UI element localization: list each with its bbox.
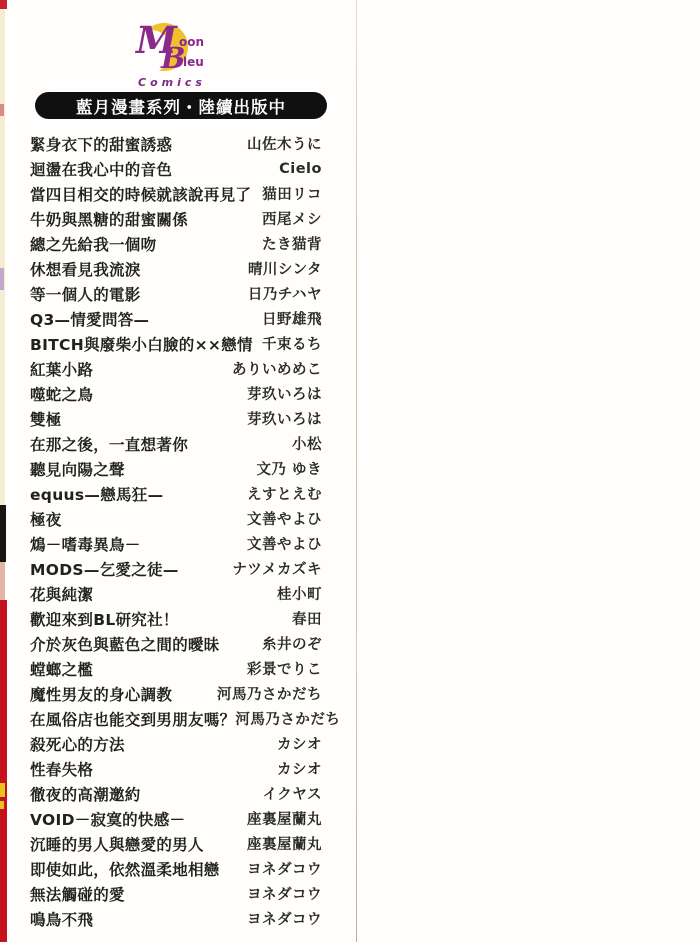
catalog-row: 沉睡的男人與戀愛的男人 座裏屋蘭丸 xyxy=(30,831,322,856)
book-title: 螳螂之檻 xyxy=(30,658,93,680)
book-title: 徹夜的高潮邀約 xyxy=(30,783,141,805)
book-author: 座裏屋蘭丸 xyxy=(247,833,322,854)
book-title: 極夜 xyxy=(30,508,62,530)
book-title: 噬蛇之鳥 xyxy=(30,383,93,405)
book-author: ヨネダコウ xyxy=(247,908,322,929)
book-title: 歡迎來到BL研究社！ xyxy=(30,608,179,630)
catalog-row: 魔性男友的身心調教 河馬乃さかだち xyxy=(30,681,322,706)
book-author: 西尾メシ xyxy=(262,208,322,229)
book-title: Q3—情愛問答— xyxy=(30,308,149,330)
catalog-row: 極夜 文善やよひ xyxy=(30,506,322,531)
book-author: 晴川シンタ xyxy=(248,258,322,279)
page-edge-speck xyxy=(0,268,4,290)
book-author: えすとえむ xyxy=(247,483,322,504)
book-title: 性春失格 xyxy=(30,758,93,780)
book-title: 魔性男友的身心調教 xyxy=(30,683,172,705)
catalog-row: VOID－寂寞的快感－ 座裏屋蘭丸 xyxy=(30,806,322,831)
book-title: 緊身衣下的甜蜜誘惑 xyxy=(30,133,172,155)
book-author: 日野雄飛 xyxy=(262,308,322,329)
book-title: 花與純潔 xyxy=(30,583,93,605)
book-author: 小松 xyxy=(292,433,322,454)
book-author: Cielo xyxy=(279,161,322,177)
catalog-row: 休想看見我流淚 晴川シンタ xyxy=(30,256,322,281)
page-edge-speck xyxy=(0,104,4,116)
book-author: 文乃 ゆき xyxy=(256,458,322,479)
page-edge-red-top xyxy=(0,0,7,9)
book-author: ありいめめこ xyxy=(232,358,322,379)
book-author: 文善やよひ xyxy=(247,533,322,554)
book-title: 當四目相交的時候就該說再見了 xyxy=(30,183,251,205)
book-title: VOID－寂寞的快感－ xyxy=(30,808,185,830)
catalog-row: 迴盪在我心中的音色 Cielo xyxy=(30,156,322,181)
page-fold-line xyxy=(356,0,357,942)
catalog-row: 牛奶與黑糖的甜蜜關係 西尾メシ xyxy=(30,206,322,231)
book-author: カシオ xyxy=(277,758,322,779)
book-title: 雙極 xyxy=(30,408,62,430)
book-author: イクヤス xyxy=(263,783,322,804)
logo-text-comics: Comics xyxy=(138,76,228,89)
logo-text-leu: leu xyxy=(183,55,204,69)
catalog-row: 在那之後，一直想著你 小松 xyxy=(30,431,322,456)
catalog-row: 介於灰色與藍色之間的曖昧 糸井のぞ xyxy=(30,631,322,656)
book-author: 文善やよひ xyxy=(247,508,322,529)
book-title: 迴盪在我心中的音色 xyxy=(30,158,172,180)
catalog-row: 螳螂之檻 彩景でりこ xyxy=(30,656,322,681)
catalog-row: 紅葉小路 ありいめめこ xyxy=(30,356,322,381)
logo-letter-b: B xyxy=(161,44,186,73)
catalog-list: 緊身衣下的甜蜜誘惑 山佐木うに 迴盪在我心中的音色 Cielo 當四目相交的時候… xyxy=(30,131,322,931)
page-edge-speck xyxy=(0,783,5,797)
book-author: 山佐木うに xyxy=(247,133,322,154)
book-author: ヨネダコウ xyxy=(247,883,322,904)
catalog-row: equus—戀馬狂— えすとえむ xyxy=(30,481,322,506)
book-title: MODS—乞愛之徒— xyxy=(30,558,179,580)
catalog-row: 性春失格 カシオ xyxy=(30,756,322,781)
catalog-row: 噬蛇之鳥 芽玖いろは xyxy=(30,381,322,406)
page-edge-pink xyxy=(0,562,5,600)
page-edge-cream xyxy=(0,9,5,505)
book-author: ヨネダコウ xyxy=(247,858,322,879)
book-author: 千束るち xyxy=(262,333,322,354)
book-title: BITCH與廢柴小白臉的××戀情 xyxy=(30,333,253,355)
catalog-row: BITCH與廢柴小白臉的××戀情 千束るち xyxy=(30,331,322,356)
book-title: 沉睡的男人與戀愛的男人 xyxy=(30,833,204,855)
book-author: 彩景でりこ xyxy=(247,658,322,679)
book-author: 猫田リコ xyxy=(262,183,322,204)
book-title: 殺死心的方法 xyxy=(30,733,125,755)
catalog-row: 徹夜的高潮邀約 イクヤス xyxy=(30,781,322,806)
catalog-row: 當四目相交的時候就該說再見了 猫田リコ xyxy=(30,181,322,206)
page-edge-red xyxy=(0,600,7,942)
book-author: 河馬乃さかだち xyxy=(217,683,322,704)
book-title: 等一個人的電影 xyxy=(30,283,141,305)
catalog-row: 聽見向陽之聲 文乃 ゆき xyxy=(30,456,322,481)
catalog-row: MODS—乞愛之徒— ナツメカズキ xyxy=(30,556,322,581)
book-author: カシオ xyxy=(277,733,322,754)
catalog-row: 雙極 芽玖いろは xyxy=(30,406,322,431)
book-title: 介於灰色與藍色之間的曖昧 xyxy=(30,633,220,655)
scanned-page: M oon B leu Comics 藍月漫畫系列・陸續出版中 緊身衣下的甜蜜誘… xyxy=(0,0,700,942)
book-title: equus—戀馬狂— xyxy=(30,483,163,505)
book-title: 鴆－嗜毒異鳥－ xyxy=(30,533,141,555)
catalog-row: 歡迎來到BL研究社！ 春田 xyxy=(30,606,322,631)
catalog-row: 等一個人的電影 日乃チハヤ xyxy=(30,281,322,306)
catalog-row: 即使如此，依然溫柔地相戀 ヨネダコウ xyxy=(30,856,322,881)
page-edge-speck xyxy=(0,801,4,809)
moonbleu-logo: M oon B leu Comics xyxy=(138,22,228,96)
catalog-row: 緊身衣下的甜蜜誘惑 山佐木うに xyxy=(30,131,322,156)
book-author: 桂小町 xyxy=(277,583,322,604)
book-title: 休想看見我流淚 xyxy=(30,258,141,280)
book-title: 在那之後，一直想著你 xyxy=(30,433,188,455)
book-author: 春田 xyxy=(292,608,322,629)
catalog-row: 殺死心的方法 カシオ xyxy=(30,731,322,756)
book-author: 河馬乃さかだち xyxy=(235,708,340,729)
book-author: 糸井のぞ xyxy=(262,633,322,654)
book-author: 芽玖いろは xyxy=(247,383,322,404)
catalog-row: 鴆－嗜毒異鳥－ 文善やよひ xyxy=(30,531,322,556)
series-banner-label: 藍月漫畫系列・陸續出版中 xyxy=(76,94,286,118)
book-title: 牛奶與黑糖的甜蜜關係 xyxy=(30,208,188,230)
book-author: 座裏屋蘭丸 xyxy=(247,808,322,829)
catalog-row: 在風俗店也能交到男朋友嗎？ 河馬乃さかだち xyxy=(30,706,322,731)
series-banner: 藍月漫畫系列・陸續出版中 xyxy=(35,92,327,119)
book-title: 無法觸碰的愛 xyxy=(30,883,125,905)
book-title: 聽見向陽之聲 xyxy=(30,458,125,480)
catalog-row: 鳴鳥不飛 ヨネダコウ xyxy=(30,906,322,931)
book-title: 即使如此，依然溫柔地相戀 xyxy=(30,858,220,880)
book-author: 芽玖いろは xyxy=(247,408,322,429)
catalog-row: 花與純潔 桂小町 xyxy=(30,581,322,606)
catalog-row: 總之先給我一個吻 たき猫背 xyxy=(30,231,322,256)
catalog-row: 無法觸碰的愛 ヨネダコウ xyxy=(30,881,322,906)
book-author: たき猫背 xyxy=(262,233,322,254)
book-author: 日乃チハヤ xyxy=(248,283,322,304)
book-title: 紅葉小路 xyxy=(30,358,93,380)
book-title: 總之先給我一個吻 xyxy=(30,233,156,255)
book-title: 鳴鳥不飛 xyxy=(30,908,93,930)
page-edge-black xyxy=(0,505,6,562)
book-title: 在風俗店也能交到男朋友嗎？ xyxy=(30,708,235,730)
book-author: ナツメカズキ xyxy=(232,558,322,579)
catalog-row: Q3—情愛問答— 日野雄飛 xyxy=(30,306,322,331)
